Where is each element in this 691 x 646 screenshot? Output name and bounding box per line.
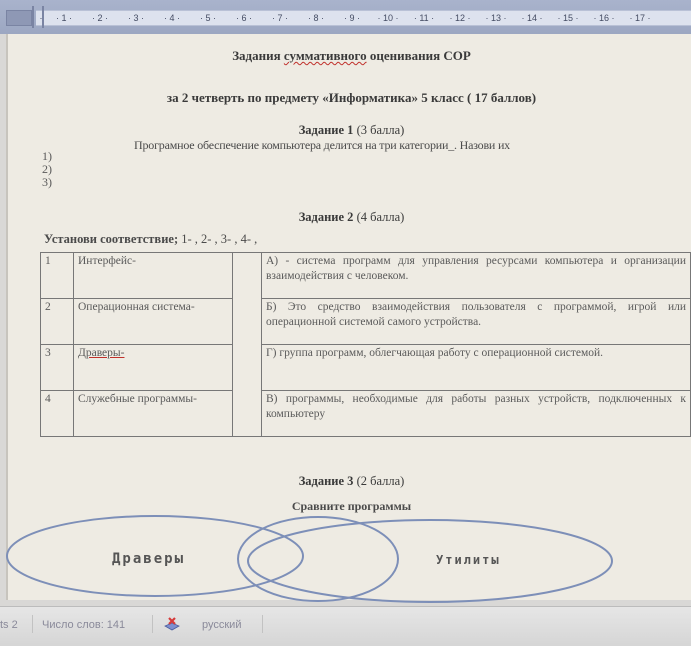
task2-heading: Задание 2 (4 балла) [6, 210, 691, 225]
row-number-cell-text: 2 [45, 301, 51, 313]
definition-cell-text: В) программы, необходимые для работы раз… [266, 393, 686, 420]
venn-diagram[interactable] [0, 486, 691, 606]
title-text: Задания [232, 48, 284, 63]
term-cell[interactable]: Служебные программы- [74, 391, 233, 437]
ruler-tick: · 7 · [262, 13, 298, 23]
term-cell[interactable]: Операционная система- [74, 299, 233, 345]
term-cell[interactable]: Драверы- [74, 345, 233, 391]
task2-instruction: Установи соответствие; 1- , 2- , 3- , 4-… [44, 232, 257, 247]
definition-cell-text: А) - система программ для управления рес… [266, 255, 686, 282]
ruler-tick: · 13 · [478, 13, 514, 23]
definition-cell[interactable]: В) программы, необходимые для работы раз… [262, 391, 691, 437]
spellcheck-book-icon[interactable] [163, 615, 181, 633]
matching-table: 1Интерфейс-А) - система программ для упр… [40, 252, 691, 437]
ruler-tick: · 14 · [514, 13, 550, 23]
ruler-tick: · 1 · [46, 13, 82, 23]
definition-cell[interactable]: Г) группа программ, облегчающая работу с… [262, 345, 691, 391]
status-separator [32, 615, 33, 633]
language-indicator[interactable]: русский [202, 619, 241, 631]
title-text: оценивания СОР [367, 48, 471, 63]
task1-heading-label: Задание 1 [299, 123, 354, 137]
indent-marker-handle[interactable] [32, 6, 44, 28]
venn-label-right: Утилиты [436, 553, 501, 567]
definition-cell[interactable]: А) - система программ для управления рес… [262, 253, 691, 299]
ruler-tick: · 2 · [82, 13, 118, 23]
ruler-tick: · 16 · [586, 13, 622, 23]
instruction-label: Установи соответствие; [44, 232, 178, 246]
word-count[interactable]: Число слов: 141 [42, 619, 125, 631]
definition-cell-text: Г) группа программ, облегчающая работу с… [266, 347, 603, 359]
answer-item[interactable]: 3) [42, 176, 52, 189]
ruler-tick: · 5 · [190, 13, 226, 23]
row-number-cell-text: 3 [45, 347, 51, 359]
ruler-tick: · 11 · [406, 13, 442, 23]
task1-answer-list: 1) 2) 3) [42, 150, 52, 189]
ruler-tick: · 6 · [226, 13, 262, 23]
ruler-tick: · 9 · [334, 13, 370, 23]
task1-text: Програмное обеспечение компьютера делитс… [134, 138, 510, 153]
ruler-tick: · 12 · [442, 13, 478, 23]
row-number-cell[interactable]: 3 [41, 345, 74, 391]
term-cell-text: Интерфейс- [78, 255, 136, 267]
task2-heading-label: Задание 2 [299, 210, 354, 224]
ruler-tick: · 8 · [298, 13, 334, 23]
ruler-left-margin [6, 10, 32, 26]
task1-heading: Задание 1 (3 балла) [6, 123, 691, 138]
ruler-bar: ·· 1 ·· 2 ·· 3 ·· 4 ·· 5 ·· 6 ·· 7 ·· 8 … [0, 0, 691, 34]
ruler-tick: · 10 · [370, 13, 406, 23]
status-bar: ts 2 Число слов: 141 русский [0, 606, 691, 646]
term-cell-text: Драверы- [78, 347, 124, 359]
table-row: 1Интерфейс-А) - система программ для упр… [41, 253, 691, 299]
task2-points: (4 балла) [353, 210, 404, 224]
table-row: 2Операционная система-Б) Это средство вз… [41, 299, 691, 345]
misspelled-word: суммативного [284, 48, 367, 63]
definition-cell-text: Б) Это средство взаимодействия пользоват… [266, 301, 686, 328]
row-number-cell-text: 1 [45, 255, 51, 267]
page-indicator[interactable]: ts 2 [0, 619, 18, 631]
table-row: 4Служебные программы-В) программы, необх… [41, 391, 691, 437]
ruler-tick: · 17 · [622, 13, 658, 23]
ruler-tick: · 3 · [118, 13, 154, 23]
term-cell[interactable]: Интерфейс- [74, 253, 233, 299]
ruler-tick: · 4 · [154, 13, 190, 23]
answer-slots[interactable]: 1- , 2- , 3- , 4- , [178, 232, 257, 246]
ruler-tick: · 15 · [550, 13, 586, 23]
answer-gap-cell[interactable] [233, 253, 262, 437]
document-title: Задания суммативного оценивания СОР [6, 48, 691, 64]
horizontal-ruler[interactable]: ·· 1 ·· 2 ·· 3 ·· 4 ·· 5 ·· 6 ·· 7 ·· 8 … [36, 10, 691, 26]
row-number-cell[interactable]: 2 [41, 299, 74, 345]
venn-label-left: Драверы [112, 551, 185, 567]
term-cell-text: Служебные программы- [78, 393, 197, 405]
status-separator [262, 615, 263, 633]
table-row: 3Драверы-Г) группа программ, облегчающая… [41, 345, 691, 391]
task1-points: (3 балла) [353, 123, 404, 137]
row-number-cell[interactable]: 1 [41, 253, 74, 299]
row-number-cell[interactable]: 4 [41, 391, 74, 437]
status-separator [152, 615, 153, 633]
term-cell-text: Операционная система- [78, 301, 195, 313]
row-number-cell-text: 4 [45, 393, 51, 405]
definition-cell[interactable]: Б) Это средство взаимодействия пользоват… [262, 299, 691, 345]
document-subtitle: за 2 четверть по предмету «Информатика» … [6, 90, 691, 106]
